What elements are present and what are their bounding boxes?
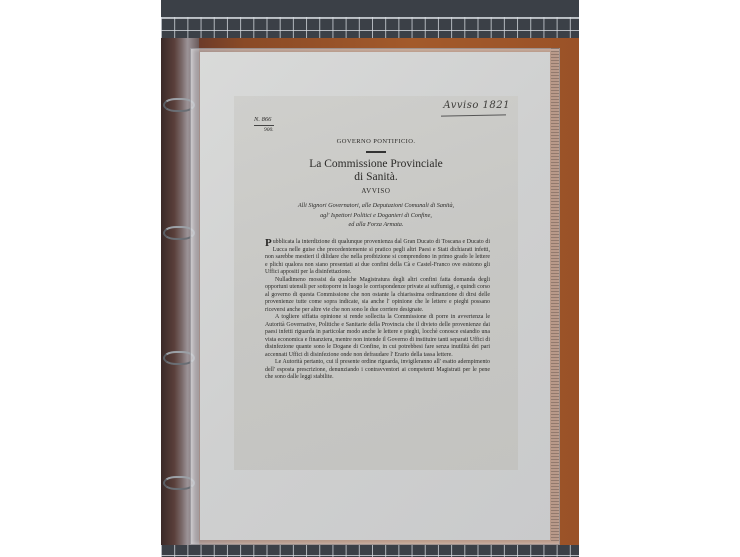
- title-line-2: di Sanità.: [234, 171, 518, 184]
- paragraph: Le Autorità pertanto, cui il presente or…: [265, 359, 490, 382]
- drop-cap: P: [265, 240, 272, 247]
- document-title: La Commissione Provinciale di Sanità.: [234, 158, 518, 183]
- addressee-line: ed alla Forza Armata.: [234, 220, 518, 230]
- number-denominator: 900.: [254, 125, 274, 134]
- printed-notice: N. 866 900. Avviso 1821 GOVERNO PONTIFIC…: [234, 96, 518, 470]
- paragraph: Pubblicata la interdizione di qualunque …: [265, 239, 490, 277]
- mat-grid-bottom: [161, 543, 579, 557]
- government-heading: GOVERNO PONTIFICIO.: [234, 138, 518, 145]
- document-number: N. 866 900.: [254, 116, 274, 134]
- avviso-heading: AVVISO: [234, 187, 518, 195]
- paragraph: A togliere siffatta opinione si rende so…: [265, 314, 490, 359]
- title-line-1: La Commissione Provinciale: [234, 158, 518, 171]
- sleeve-edge: [551, 48, 559, 543]
- heading-rule: [366, 151, 386, 153]
- addressee-line: agl' Ispettori Politici e Doganieri di C…: [234, 211, 518, 221]
- number-label: N. 866: [254, 116, 271, 123]
- addressee-line: Alli Signori Governatori, alle Deputazio…: [234, 201, 518, 211]
- paragraph: Nulladimeno mossisi da qualche Magistrat…: [265, 277, 490, 315]
- document-body: Pubblicata la interdizione di qualunque …: [265, 239, 490, 382]
- paragraph-text: ubblicata la interdizione di qualunque p…: [265, 239, 490, 275]
- addressees: Alli Signori Governatori, alle Deputazio…: [234, 201, 518, 230]
- handwritten-note: Avviso 1821: [443, 100, 510, 111]
